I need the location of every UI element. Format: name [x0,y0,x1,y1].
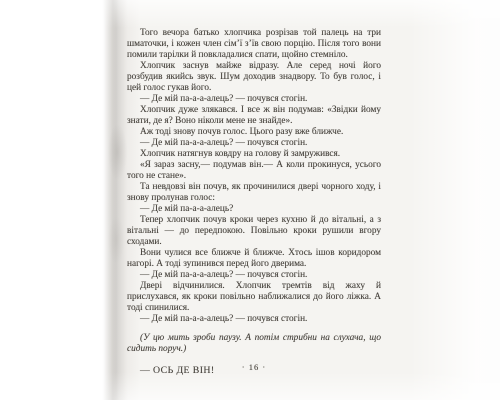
paragraph-dialogue: — Де мій па-а-а-алець? — почувся стогін. [127,94,381,105]
page-number: · 16 · [127,362,381,372]
paragraph-normal: «Я зараз засну,— подумав він.— А коли пр… [127,160,381,182]
paragraph-normal: Двері відчинилися. Хлопчик тремтів від ж… [127,281,381,314]
paragraph-normal: Того вечора батько хлопчика розрізав той… [127,28,381,61]
book-page-screenshot: { "document": { "type": "scanned-book-pa… [0,0,500,400]
story-text-block: Того вечора батько хлопчика розрізав той… [127,28,381,376]
paragraph-normal: Та невдовзі він почув, як прочинилися дв… [127,182,381,204]
paragraph-normal: Хлопчик дуже злякався. І все ж він подум… [127,105,381,127]
paragraph-dialogue: — Де мій па-а-а-алець? — почувся стогін. [127,138,381,149]
paragraph-dialogue: — Де мій па-а-а-алець? — почувся стогін. [127,314,381,325]
paragraph-normal: Аж тоді знову почув голос. Цього разу вж… [127,127,381,138]
paragraph-normal: Хлопчик заснув майже відразу. Але серед … [127,61,381,94]
paragraph-dialogue: — Де мій па-а-а-алець? — почувся стогін. [127,270,381,281]
paragraph-normal: Хлопчик натягнув ковдру на голову й замр… [127,149,381,160]
paragraph-normal: Вони чулися все ближче й ближче. Хтось і… [127,248,381,270]
book-page-photo: Того вечора батько хлопчика розрізав той… [0,0,500,400]
paragraph-stage: (У цю мить зроби паузу. А потім стрибни … [127,333,381,355]
paragraph-dialogue: — Де мій па-а-а-алець? [127,204,381,215]
page-gutter-shadow [102,0,128,400]
paragraph-normal: Тепер хлопчик почув кроки через кухню й … [127,215,381,248]
